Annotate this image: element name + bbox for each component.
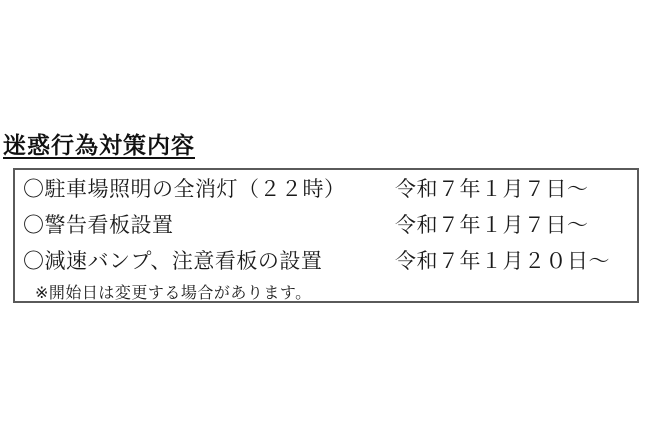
measure-start-date: 令和７年１月７日～ (395, 173, 629, 203)
measure-row-speed-bump: 〇減速バンプ、注意看板の設置 令和７年１月２０日～ (23, 242, 629, 278)
measure-label: 〇減速バンプ、注意看板の設置 (23, 245, 395, 275)
measure-start-date: 令和７年１月２０日～ (395, 245, 629, 275)
start-date-note: ※開始日は変更する場合があります。 (35, 280, 629, 303)
measures-box: 〇駐車場照明の全消灯（２２時） 令和７年１月７日～ 〇警告看板設置 令和７年１月… (13, 168, 639, 303)
measure-label: 〇警告看板設置 (23, 209, 395, 239)
measure-row-warning-sign: 〇警告看板設置 令和７年１月７日～ (23, 206, 629, 242)
page-title: 迷惑行為対策内容 (3, 127, 195, 160)
measure-label: 〇駐車場照明の全消灯（２２時） (23, 173, 395, 203)
measure-row-lighting: 〇駐車場照明の全消灯（２２時） 令和７年１月７日～ (23, 170, 629, 206)
measure-start-date: 令和７年１月７日～ (395, 209, 629, 239)
